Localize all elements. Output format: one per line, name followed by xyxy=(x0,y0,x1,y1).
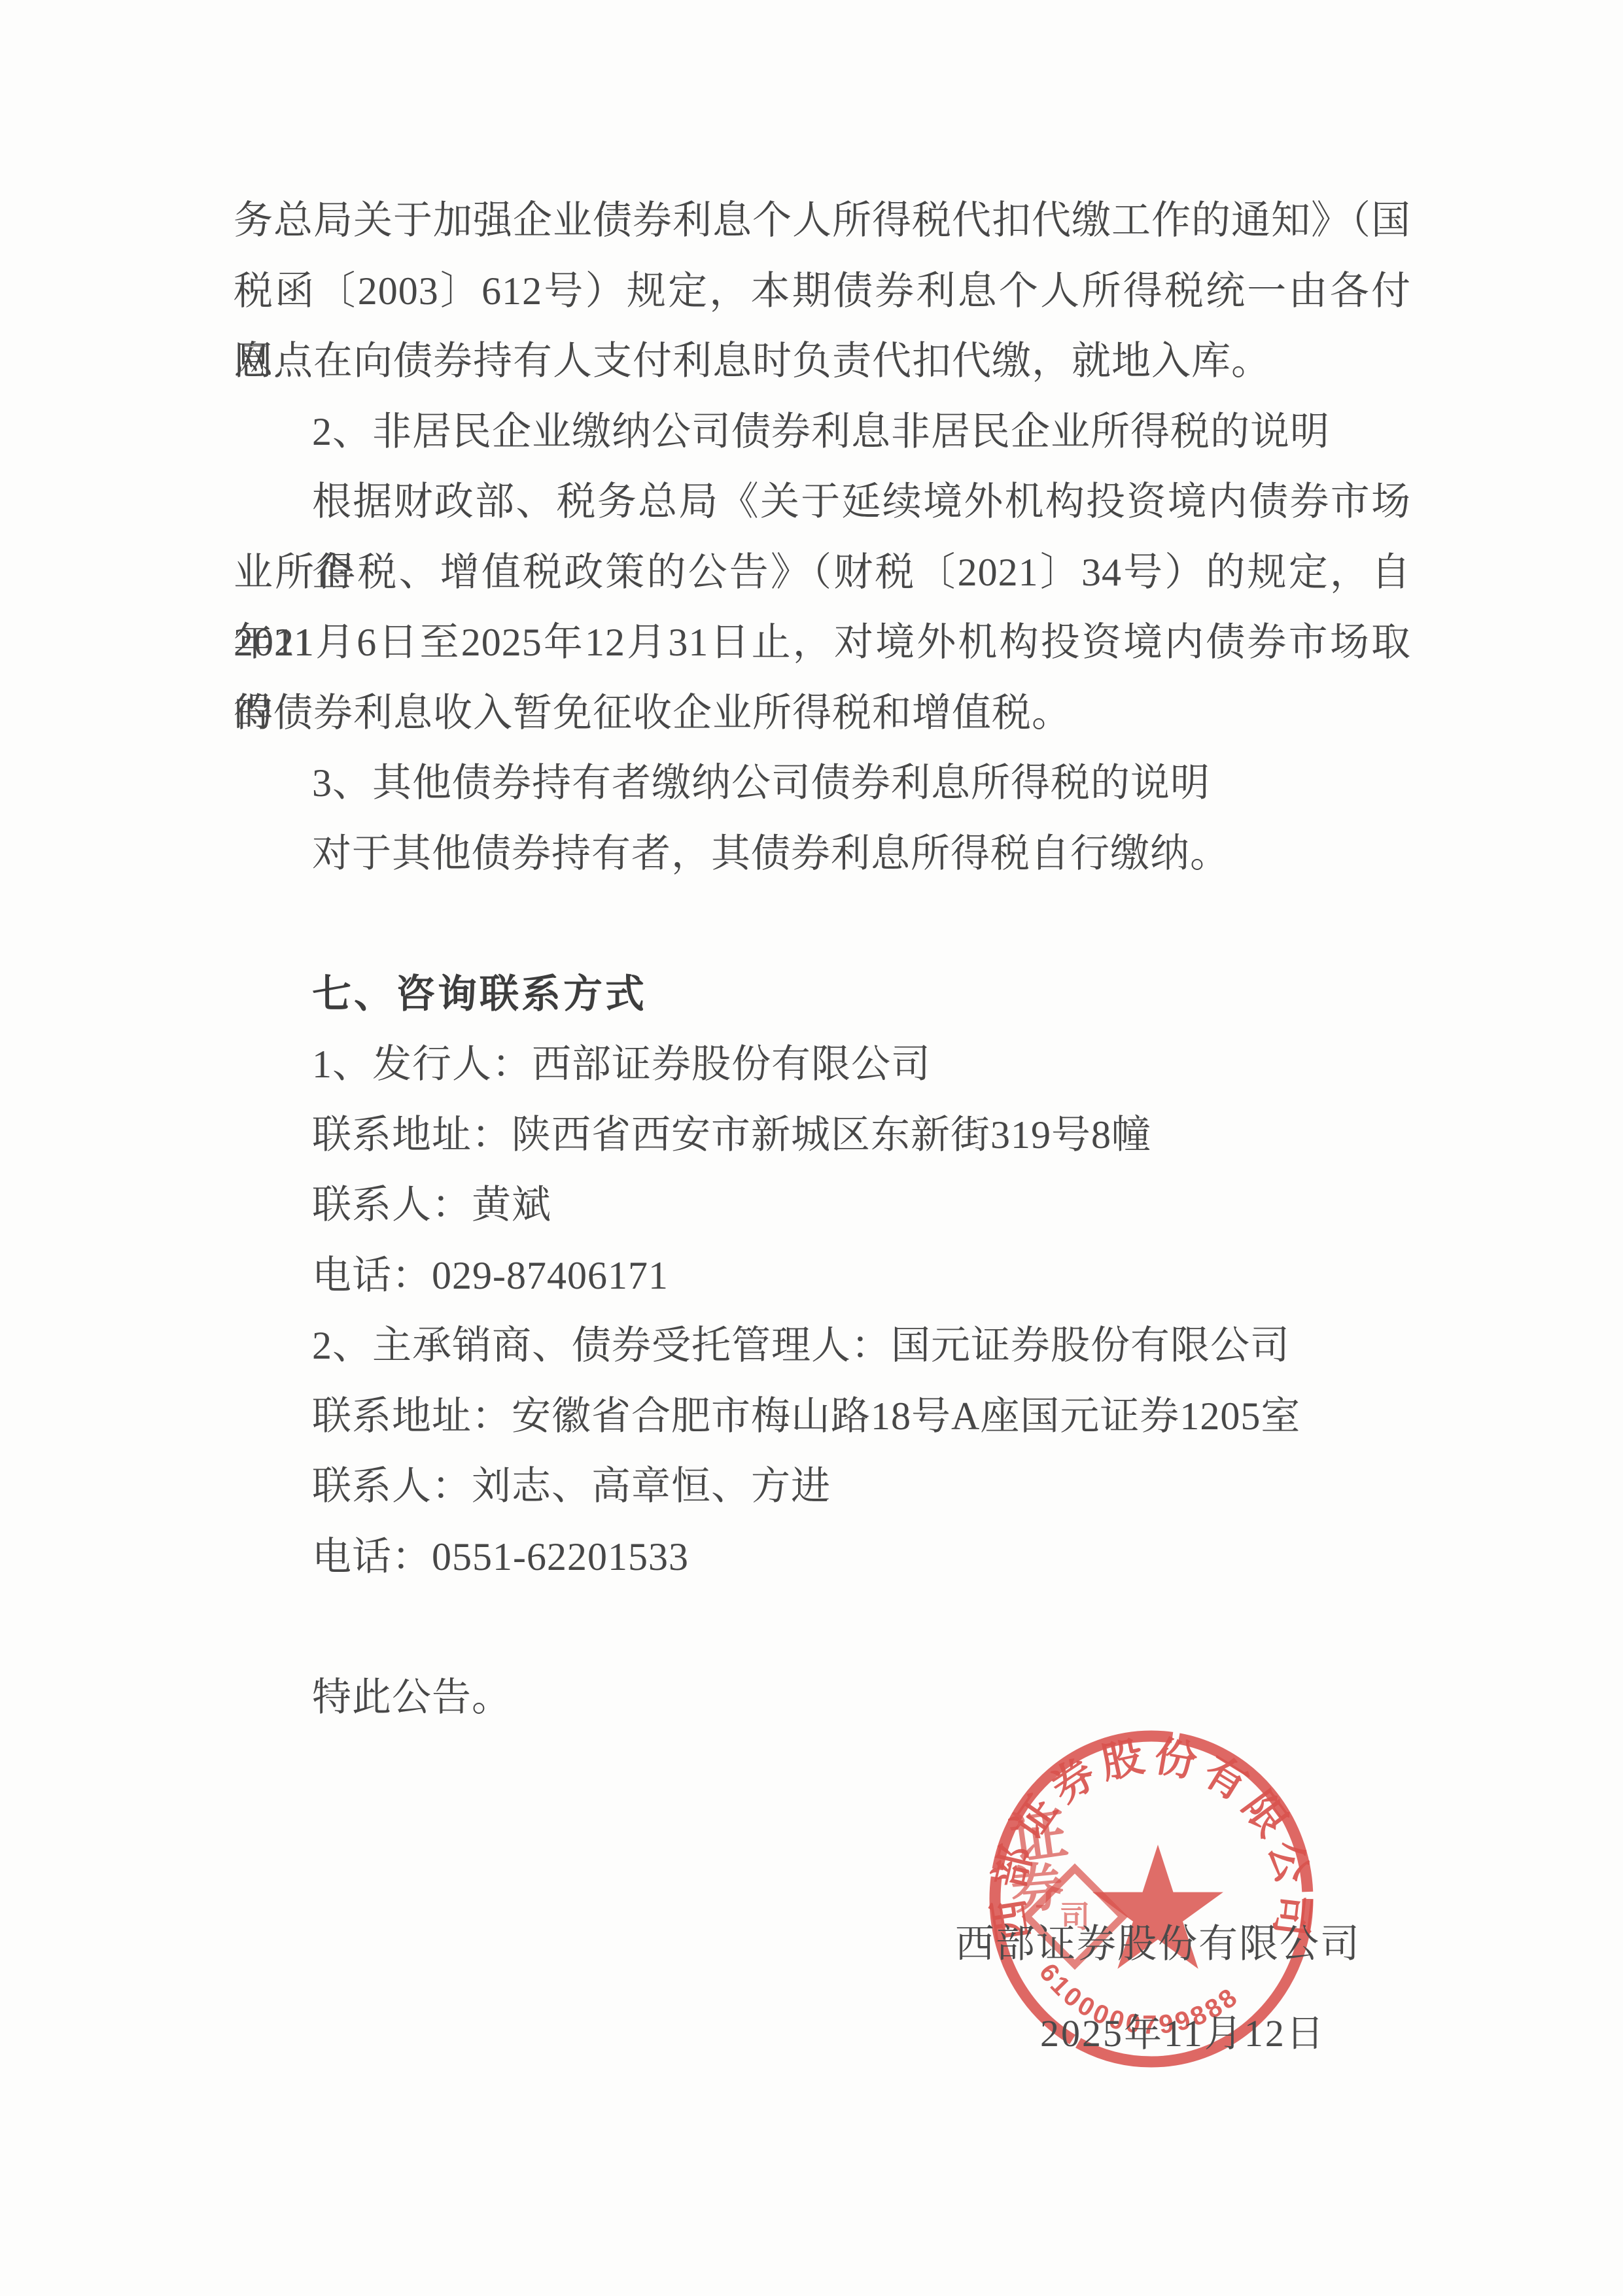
text-line: 联系地址：安徽省合肥市梅山路18号A座国元证券1205室 xyxy=(234,1382,1411,1452)
signature-company-name: 西部证券股份有限公司 xyxy=(955,1913,1361,1969)
text-line: 务总局关于加强企业债券利息个人所得税代扣代缴工作的通知》（国 xyxy=(234,186,1411,256)
text-line: 3、其他债券持有者缴纳公司债券利息所得税的说明 xyxy=(234,748,1411,819)
text-line: 联系人：刘志、高章恒、方进 xyxy=(234,1452,1411,1522)
text-line: 网点在向债券持有人支付利息时负责代扣代缴，就地入库。 xyxy=(234,326,1411,397)
text-line: 根据财政部、税务总局《关于延续境外机构投资境内债券市场企 xyxy=(234,467,1411,538)
text-line: 1、发行人：西部证券股份有限公司 xyxy=(234,1030,1411,1100)
text-line: 税函〔2003〕612号）规定，本期债券利息个人所得税统一由各付息 xyxy=(234,256,1411,327)
text-line: 对于其他债券持有者，其债券利息所得税自行缴纳。 xyxy=(234,819,1411,890)
text-line: 电话：0551-62201533 xyxy=(234,1522,1411,1593)
text-line: 联系地址：陕西省西安市新城区东新街319号8幢 xyxy=(234,1100,1411,1171)
text-line: 业所得税、增值税政策的公告》（财税〔2021〕34号）的规定，自2021 xyxy=(234,538,1411,608)
document-body: 务总局关于加强企业债券利息个人所得税代扣代缴工作的通知》（国税函〔2003〕61… xyxy=(234,186,1411,1733)
text-line: 2、非居民企业缴纳公司债券利息非居民企业所得税的说明 xyxy=(234,397,1411,468)
text-line: 2、主承销商、债券受托管理人：国元证券股份有限公司 xyxy=(234,1311,1411,1382)
text-line: 年11月6日至2025年12月31日止，对境外机构投资境内债券市场取得 xyxy=(234,608,1411,678)
text-line: 特此公告。 xyxy=(234,1663,1411,1733)
blank-line xyxy=(234,1592,1411,1663)
text-line: 七、咨询联系方式 xyxy=(234,960,1411,1030)
blank-line xyxy=(234,889,1411,960)
text-line: 电话：029-87406171 xyxy=(234,1241,1411,1312)
text-line: 的债券利息收入暂免征收企业所得税和增值税。 xyxy=(234,678,1411,749)
signature-date: 2025年11月12日 xyxy=(1040,2002,1326,2057)
text-line: 联系人：黄斌 xyxy=(234,1170,1411,1241)
document-page: 务总局关于加强企业债券利息个人所得税代扣代缴工作的通知》（国税函〔2003〕61… xyxy=(0,0,1623,2296)
